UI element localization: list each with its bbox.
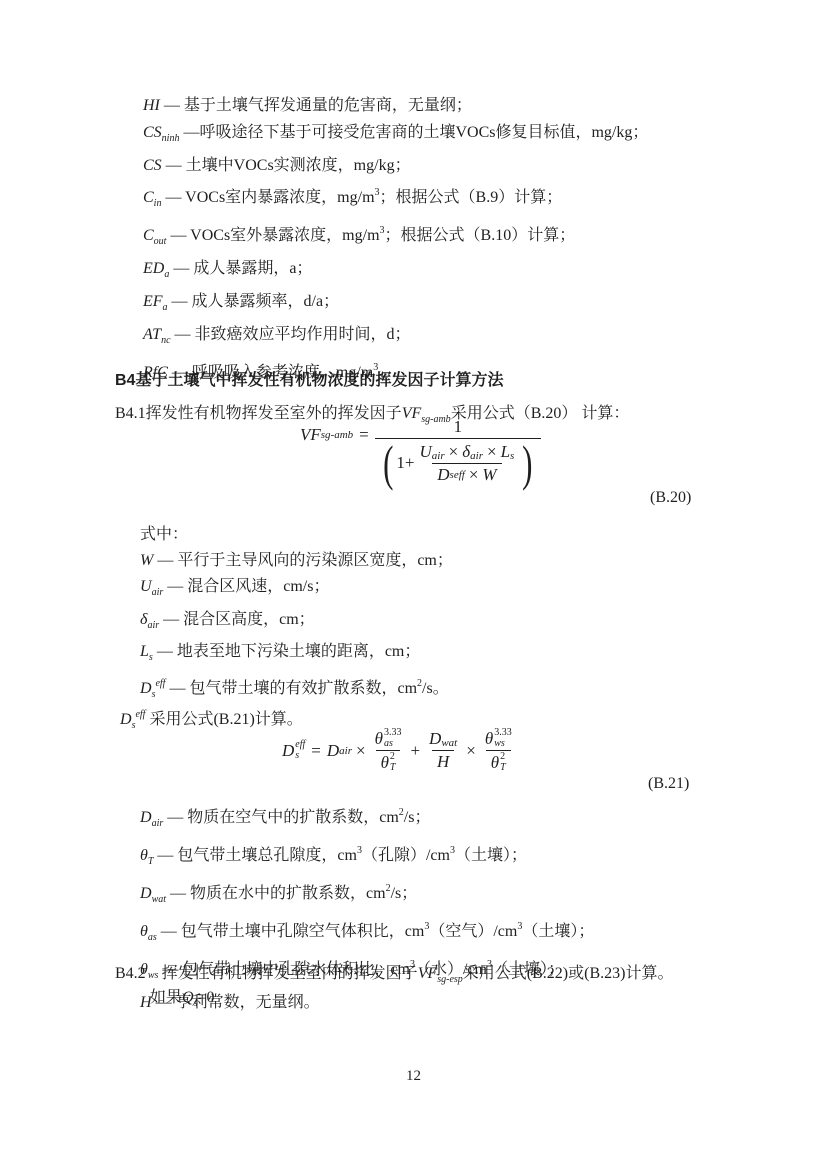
formula-b20-lhs: VFsg-amb =: [300, 425, 375, 445]
fraction-denominator: ( 1+ Uair × δair × Ls Dseff ×: [375, 438, 541, 486]
text-segment: air: [147, 620, 159, 631]
def-uair: Uair — 混合区风速，cm/s；: [140, 574, 453, 606]
text-segment: — 成人暴露频率，d/a；: [168, 293, 340, 310]
math-token: T: [500, 763, 506, 774]
text-segment: C: [143, 189, 154, 206]
text-segment: nc: [161, 335, 170, 346]
math-token: ws: [494, 739, 505, 750]
def-shizhong: 式中：: [140, 522, 453, 548]
text-segment: — 成人暴露期，a；: [169, 260, 312, 277]
text-segment: /s；: [391, 885, 418, 902]
math-token: 2: [500, 752, 505, 763]
text-segment: — 非致癌效应平均作用时间，d；: [171, 326, 411, 343]
fraction-numerator: Dwat: [424, 729, 462, 750]
text-segment: D: [140, 680, 152, 697]
math-token: W: [482, 465, 496, 485]
math-token: eff: [454, 469, 465, 481]
equation-label-b20: (B.20): [650, 489, 691, 507]
text-segment: W: [140, 552, 153, 569]
text-segment: eff: [135, 709, 145, 720]
fraction-outer: 1 ( 1+ Uair × δair × Ls Dseff: [375, 417, 541, 486]
math-token: H: [437, 752, 449, 772]
math-token: VF: [300, 425, 321, 445]
fraction-denominator: θ2T: [376, 750, 401, 773]
symbol-definitions-b20: 式中：W — 平行于主导风向的污染源区宽度，cm；Uair — 混合区风速，cm…: [140, 522, 453, 708]
equals-sign: =: [311, 741, 321, 761]
para-b4-2: B4.2 挥发性有机物挥发至室内的挥发因子VFsg-esp采用公式(B.22)或…: [115, 960, 673, 985]
math-token: 1+: [396, 453, 414, 473]
subsup-stack: 3.33as: [384, 728, 402, 749]
text-segment: VF: [418, 965, 438, 982]
fraction-numerator: 1: [449, 417, 468, 438]
times-sign: ×: [466, 741, 476, 761]
symbol-definitions-top: HI — 基于土壤气挥发通量的危害商，无量纲；CSninh —呼吸途径下基于可接…: [143, 92, 648, 386]
text-segment: 采用公式(B.22)或(B.23)计算。: [463, 965, 674, 982]
text-segment: — 物质在空气中的扩散系数，cm: [163, 809, 399, 826]
right-paren: ): [522, 440, 532, 486]
text-segment: — 地表至地下污染土壤的距离，cm；: [153, 643, 421, 660]
text-segment: — 平行于主导风向的污染源区宽度，cm；: [153, 552, 453, 569]
def-cs-ninh: CSninh —呼吸途径下基于可接受危害商的土壤VOCs修复目标值，mg/kg；: [143, 119, 648, 152]
def-cin: Cin — VOCs室内暴露浓度，mg/m3；根据公式（B.9）计算；: [143, 179, 648, 217]
def-dseff: Dseff — 包气带土壤的有效扩散系数，cm2/s。: [140, 671, 453, 708]
page-number: 12: [0, 1068, 827, 1085]
math-token: θ: [381, 753, 389, 773]
plus-sign: +: [410, 741, 420, 761]
text-segment: U: [140, 578, 152, 595]
text-segment: s: [152, 689, 156, 700]
text-segment: Q: [182, 989, 194, 1006]
math-token: L: [501, 442, 510, 462]
subsup-stack: effs: [295, 740, 305, 761]
text-segment: — 混合区高度，cm；: [159, 611, 315, 628]
text-segment: HI: [143, 97, 160, 114]
def-dair: Dair — 物质在空气中的扩散系数，cm2/s；: [140, 799, 594, 837]
inner-denominator: Dseff × W: [432, 463, 501, 485]
math-token: θ: [491, 753, 499, 773]
text-segment: — 包气带土壤中孔隙空气体积比，cm: [157, 923, 425, 940]
para-ds-eff: Dseff 采用公式(B.21)计算。: [120, 706, 303, 731]
math-token: δ: [462, 442, 470, 462]
math-token: 3.33: [384, 728, 402, 739]
text-segment: eff: [155, 678, 165, 689]
text-segment: θ: [140, 923, 148, 940]
text-segment: — 混合区风速，cm/s；: [163, 578, 329, 595]
text-segment: —呼吸途径下基于可接受危害商的土壤VOCs修复目标值，mg/kg；: [179, 124, 648, 141]
text-segment: ninh: [162, 133, 180, 144]
para-qs-zero: 如果Qs=0: [150, 984, 215, 1009]
math-token: D: [327, 741, 339, 761]
document-page: HI — 基于土壤气挥发通量的危害商，无量纲；CSninh —呼吸途径下基于可接…: [0, 0, 827, 1169]
equals-sign: =: [359, 425, 369, 445]
text-segment: sg-esp: [437, 974, 463, 985]
text-segment: /s；: [404, 809, 431, 826]
text-segment: — VOCs室外暴露浓度，mg/m: [166, 227, 379, 244]
text-segment: as: [148, 932, 157, 943]
subsup-stack: 2T: [500, 752, 506, 773]
times-sign: ×: [487, 442, 497, 462]
math-token: s: [295, 751, 299, 762]
text-segment: out: [154, 236, 167, 247]
math-token: air: [432, 450, 445, 462]
text-segment: L: [140, 643, 149, 660]
formula-b20: VFsg-amb = 1 ( 1+ Uair × δair × Ls: [300, 417, 541, 486]
text-segment: — 基于土壤气挥发通量的危害商，无量纲；: [160, 97, 472, 114]
text-segment: EF: [143, 293, 163, 310]
inner-numerator: Uair × δair × Ls: [415, 442, 520, 463]
math-token: D: [429, 729, 441, 749]
math-token: air: [339, 745, 352, 757]
def-hi: HI — 基于土壤气挥发通量的危害商，无量纲；: [143, 92, 648, 119]
def-dwat: Dwat — 物质在水中的扩散系数，cm2/s；: [140, 875, 594, 913]
text-segment: — 土壤中VOCs实测浓度，mg/kg；: [162, 157, 411, 174]
text-segment: CS: [143, 157, 162, 174]
math-token: wat: [441, 737, 457, 749]
math-token: eff: [295, 740, 305, 751]
math-token: D: [437, 465, 449, 485]
fraction-inner: Uair × δair × Ls Dseff × W: [415, 442, 520, 485]
denominator-body: 1+ Uair × δair × Ls Dseff × W: [396, 442, 519, 485]
text-segment: ；根据公式（B.9）计算；: [380, 189, 563, 206]
text-segment: D: [120, 711, 132, 728]
formula-b21: Deffs = Dair × θ3.33as θ2T + Dwat H × θ3…: [282, 728, 517, 773]
def-w: W — 平行于主导风向的污染源区宽度，cm；: [140, 548, 453, 574]
text-segment: ED: [143, 260, 164, 277]
def-efa: EFa — 成人暴露频率，d/a；: [143, 288, 648, 321]
text-segment: s: [132, 720, 136, 731]
text-segment: B4.2 挥发性有机物挥发至室内的挥发因子: [115, 965, 418, 982]
text-segment: — VOCs室内暴露浓度，mg/m: [161, 189, 374, 206]
def-cout: Cout — VOCs室外暴露浓度，mg/m3；根据公式（B.10）计算；: [143, 217, 648, 255]
left-paren: (: [383, 440, 393, 486]
math-token: s: [510, 450, 514, 462]
fraction-denominator: H: [432, 750, 454, 772]
math-token: T: [390, 763, 396, 774]
text-segment: 式中：: [140, 526, 188, 543]
text-segment: （土壤）；: [455, 847, 527, 864]
text-segment: wat: [152, 894, 166, 905]
text-segment: 如果: [150, 989, 182, 1006]
def-dair-delta: δair — 混合区高度，cm；: [140, 607, 453, 639]
text-segment: — 物质在水中的扩散系数，cm: [166, 885, 386, 902]
text-segment: CS: [143, 124, 162, 141]
times-sign: ×: [449, 442, 459, 462]
text-segment: air: [152, 587, 164, 598]
math-token: θ: [485, 729, 493, 749]
text-segment: — 包气带土壤总孔隙度，cm: [153, 847, 357, 864]
def-ls: Ls — 地表至地下污染土壤的距离，cm；: [140, 639, 453, 671]
text-segment: air: [152, 818, 164, 829]
text-segment: AT: [143, 326, 161, 343]
fraction-denominator: θ2T: [486, 750, 511, 773]
def-thetaas: θas — 包气带土壤中孔隙空气体积比，cm3（空气）/cm3（土壤）；: [140, 913, 594, 951]
equation-label-b21: (B.21): [648, 775, 689, 793]
subsup-stack: 2T: [390, 752, 396, 773]
text-segment: ；根据公式（B.10）计算；: [385, 227, 576, 244]
def-atnc: ATnc — 非致癌效应平均作用时间，d；: [143, 321, 648, 354]
def-cs: CS — 土壤中VOCs实测浓度，mg/kg；: [143, 152, 648, 179]
text-segment: =0: [197, 989, 214, 1006]
text-segment: D: [140, 885, 152, 902]
math-token: 2: [390, 752, 395, 763]
text-segment: /s。: [422, 680, 449, 697]
text-segment: C: [143, 227, 154, 244]
text-segment: （土壤）；: [522, 923, 594, 940]
def-thetat: θT — 包气带土壤总孔隙度，cm3（孔隙）/cm3（土壤）；: [140, 837, 594, 875]
fraction-theta-as: θ3.33as θ2T: [370, 728, 407, 773]
math-token: sg-amb: [321, 429, 353, 441]
times-sign: ×: [356, 741, 366, 761]
text-segment: θ: [140, 847, 148, 864]
fraction-dwat-h: Dwat H: [424, 729, 462, 772]
text-segment: （空气）/cm: [429, 923, 517, 940]
math-token: θ: [375, 729, 383, 749]
def-eda: EDa — 成人暴露期，a；: [143, 255, 648, 288]
fraction-numerator: θ3.33ws: [480, 728, 517, 750]
math-token: as: [384, 739, 393, 750]
math-token: D: [282, 741, 294, 761]
fraction-theta-ws: θ3.33ws θ2T: [480, 728, 517, 773]
text-segment: — 包气带土壤的有效扩散系数，cm: [165, 680, 417, 697]
text-segment: D: [140, 809, 152, 826]
math-token: air: [470, 450, 483, 462]
math-token: U: [420, 442, 432, 462]
times-sign: ×: [469, 465, 479, 485]
text-segment: 采用公式(B.21)计算。: [145, 711, 302, 728]
section-b4-heading: B4基于土壤气中挥发性有机物浓度的挥发因子计算方法: [115, 367, 503, 390]
math-token: 3.33: [494, 728, 512, 739]
fraction-numerator: θ3.33as: [370, 728, 407, 750]
text-segment: （孔隙）/cm: [362, 847, 450, 864]
subsup-stack: 3.33ws: [494, 728, 512, 749]
